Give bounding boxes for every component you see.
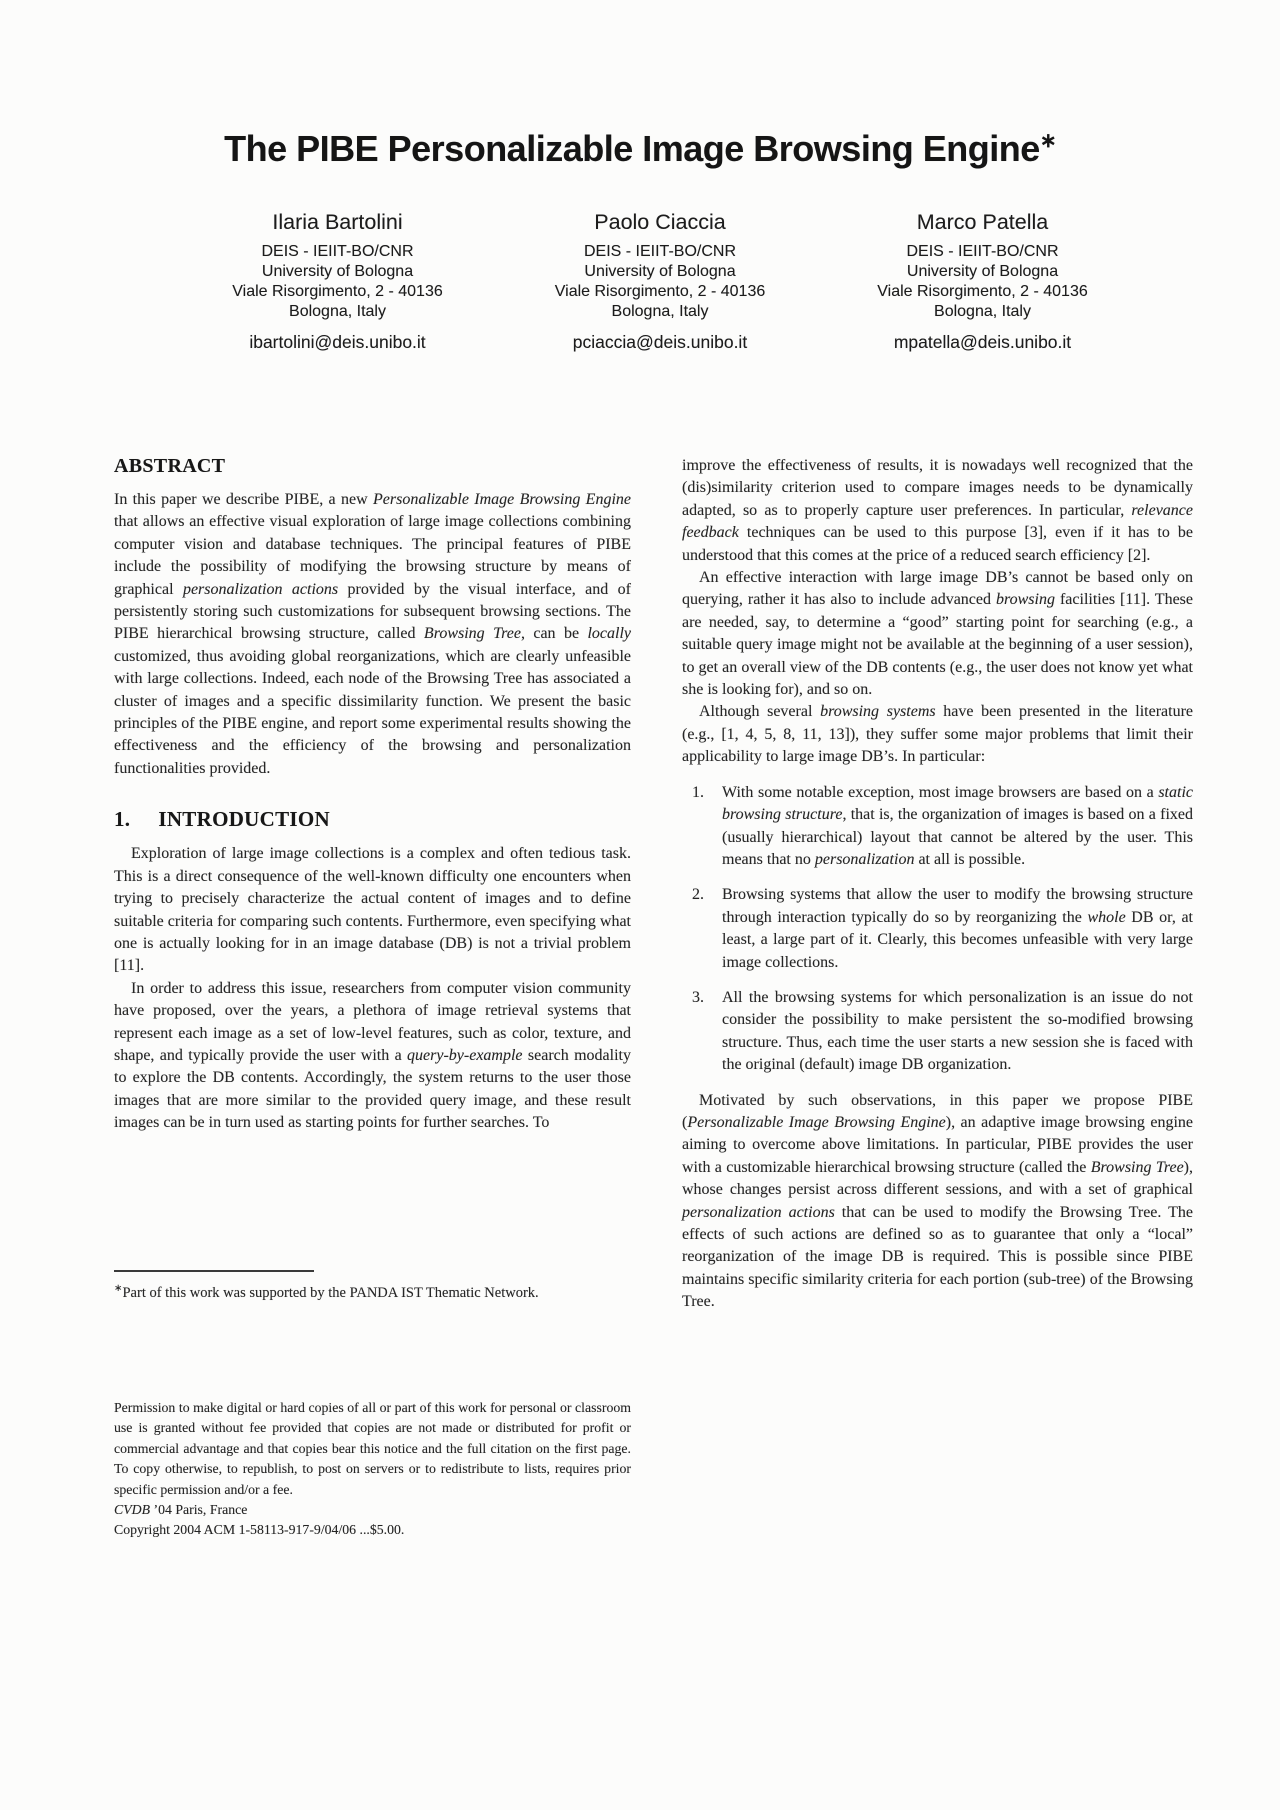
list-item-text: Browsing systems that allow the user to … [722,886,1193,970]
footnote: ∗Part of this work was supported by the … [114,1279,631,1303]
list-item-number: 2. [692,884,704,906]
body-paragraph: improve the effectiveness of results, it… [682,455,1193,567]
list-item: 2. Browsing systems that allow the user … [682,884,1193,974]
author-email: mpatella@deis.unibo.it [825,332,1140,353]
title-footnote-marker: ∗ [1040,130,1056,152]
abstract-paragraph: In this paper we describe PIBE, a new Pe… [114,489,631,780]
abstract-heading: ABSTRACT [114,455,631,478]
left-column: ABSTRACT In this paper we describe PIBE,… [114,455,631,1135]
copyright-rights: Copyright 2004 ACM 1-58113-917-9/04/06 .… [114,1520,631,1540]
section-number: 1. [114,807,130,832]
list-item-number: 1. [692,782,704,804]
author-block: Ilaria Bartolini DEIS - IEIIT-BO/CNR Uni… [180,210,495,353]
copyright-permission: Permission to make digital or hard copie… [114,1398,631,1500]
list-item: 3. All the browsing systems for which pe… [682,987,1193,1077]
body-paragraph: Motivated by such observations, in this … [682,1090,1193,1314]
body-paragraph: Exploration of large image collections i… [114,843,631,977]
author-email: pciaccia@deis.unibo.it [503,332,818,353]
body-paragraph: An effective interaction with large imag… [682,567,1193,701]
author-affiliation-line: Bologna, Italy [503,302,818,322]
author-email: ibartolini@deis.unibo.it [180,332,495,353]
footnote-text: Part of this work was supported by the P… [122,1285,538,1301]
footnote-rule [114,1270,314,1272]
list-item: 1. With some notable exception, most ima… [682,782,1193,872]
author-affiliation-line: Bologna, Italy [180,302,495,322]
author-block: Marco Patella DEIS - IEIIT-BO/CNR Univer… [825,210,1140,353]
right-column: improve the effectiveness of results, it… [682,455,1193,1314]
body-paragraph: In order to address this issue, research… [114,978,631,1135]
author-affiliation-line: University of Bologna [180,262,495,282]
list-item-number: 3. [692,987,704,1009]
paper-title-text: The PIBE Personalizable Image Browsing E… [224,128,1040,169]
author-affiliation-line: University of Bologna [503,262,818,282]
author-affiliation-line: Viale Risorgimento, 2 - 40136 [825,282,1140,302]
section-heading-introduction: 1.INTRODUCTION [114,807,631,832]
paper-page: The PIBE Personalizable Image Browsing E… [0,0,1280,1810]
section-title: INTRODUCTION [158,807,330,831]
author-block: Paolo Ciaccia DEIS - IEIIT-BO/CNR Univer… [503,210,818,353]
numbered-list: 1. With some notable exception, most ima… [682,782,1193,1077]
author-name: Ilaria Bartolini [180,210,495,235]
author-affiliation-line: Bologna, Italy [825,302,1140,322]
author-affiliation-line: DEIS - IEIIT-BO/CNR [503,242,818,262]
copyright-venue: CVDB ’04 Paris, France [114,1500,631,1520]
author-affiliation-line: University of Bologna [825,262,1140,282]
author-affiliation-line: DEIS - IEIIT-BO/CNR [180,242,495,262]
author-affiliation-line: Viale Risorgimento, 2 - 40136 [180,282,495,302]
list-item-text: All the browsing systems for which perso… [722,989,1193,1073]
list-item-text: With some notable exception, most image … [722,784,1193,868]
paper-title: The PIBE Personalizable Image Browsing E… [0,128,1280,170]
footnote-block: ∗Part of this work was supported by the … [114,1270,631,1303]
copyright-block: Permission to make digital or hard copie… [114,1398,631,1541]
author-name: Marco Patella [825,210,1140,235]
author-affiliation-line: Viale Risorgimento, 2 - 40136 [503,282,818,302]
authors-row: Ilaria Bartolini DEIS - IEIIT-BO/CNR Uni… [180,210,1140,353]
body-paragraph: Although several browsing systems have b… [682,701,1193,768]
author-name: Paolo Ciaccia [503,210,818,235]
author-affiliation-line: DEIS - IEIIT-BO/CNR [825,242,1140,262]
